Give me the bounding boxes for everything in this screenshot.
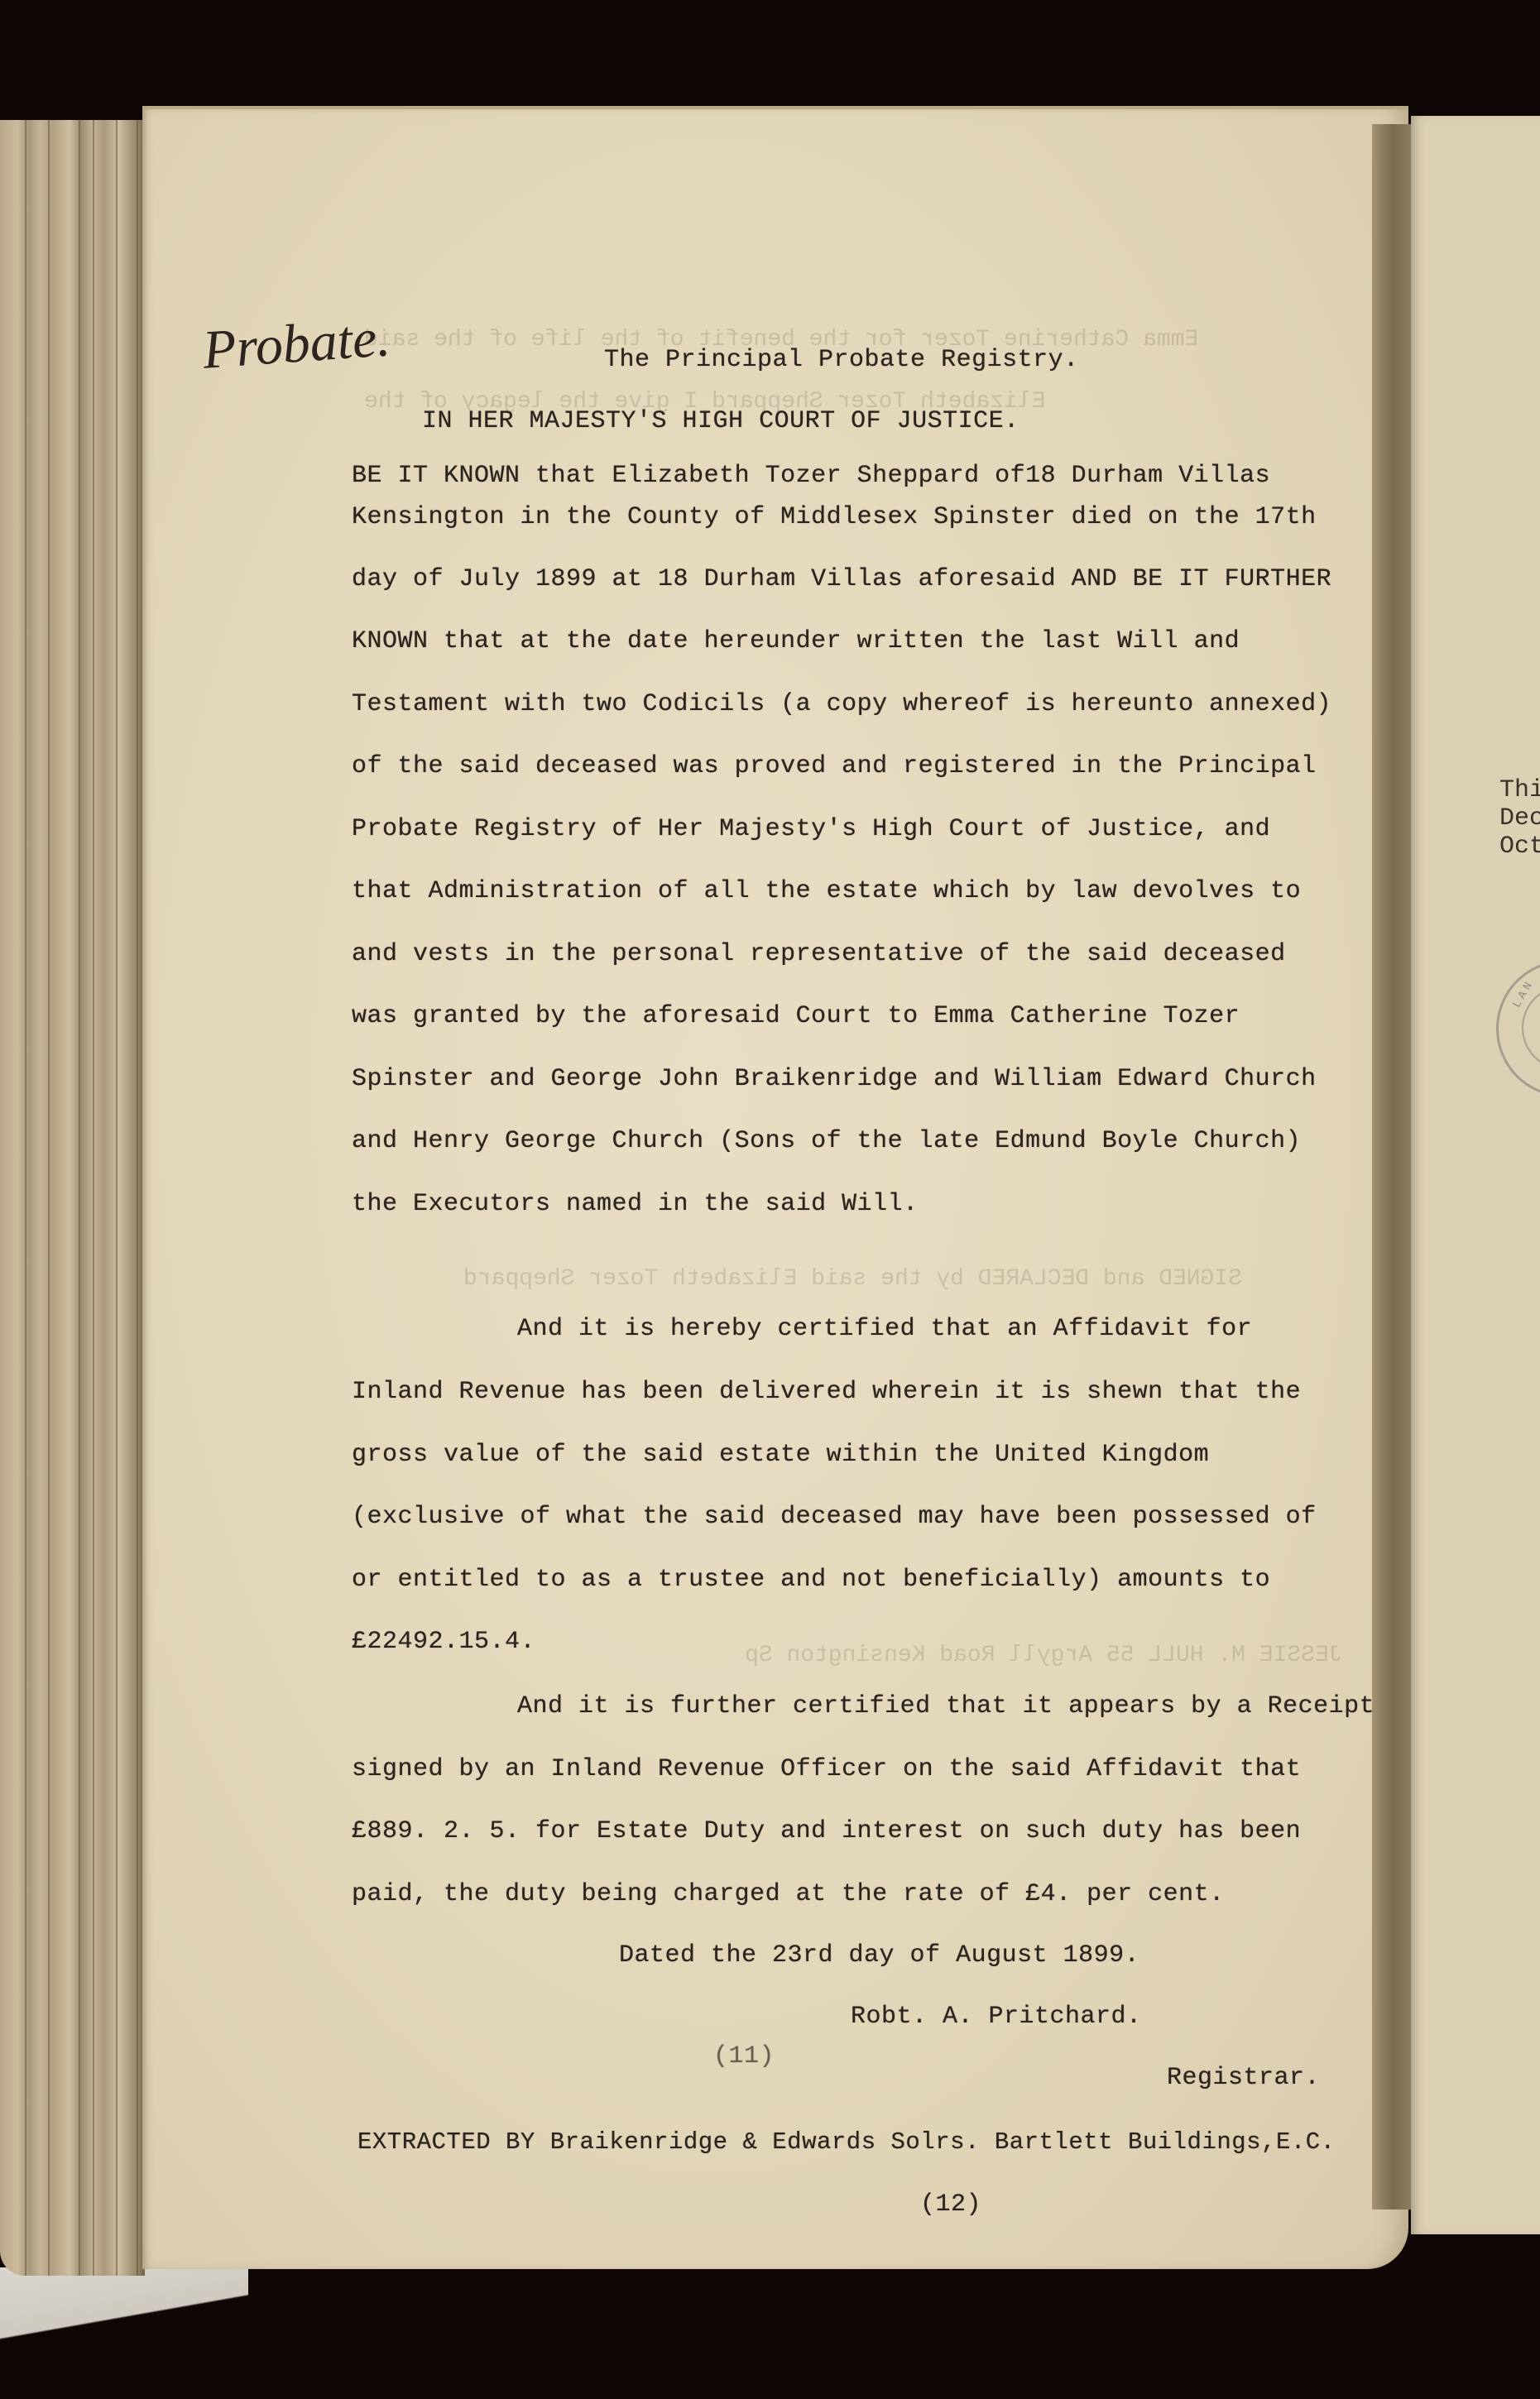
text-line: Testament with two Codicils (a copy wher… xyxy=(352,690,1331,718)
bleed-through-text: SIGNED and DECLARED by the said Elizabet… xyxy=(463,1266,1242,1292)
page-edge xyxy=(25,120,26,2276)
book-gutter xyxy=(1372,124,1413,2209)
dated-line: Dated the 23rd day of August 1899. xyxy=(619,1941,1139,1970)
bleed-through-text: JESSIE M. HULL 55 Argyll Road Kensington… xyxy=(745,1643,1343,1668)
text-line: Inland Revenue has been delivered wherei… xyxy=(352,1378,1301,1406)
faint-page-mark: (11) xyxy=(713,2042,775,2070)
page-edge xyxy=(93,120,94,2276)
background-table-edge xyxy=(0,2267,248,2399)
text-line: the Executors named in the said Will. xyxy=(352,1190,919,1218)
signature-title: Registrar. xyxy=(1167,2064,1320,2092)
text-line: or entitled to as a trustee and not bene… xyxy=(352,1566,1270,1594)
extracted-by-line: EXTRACTED BY Braikenridge & Edwards Solr… xyxy=(357,2128,1336,2156)
facing-line: Oct xyxy=(1499,832,1540,861)
text-line: Kensington in the County of Middlesex Sp… xyxy=(352,503,1317,531)
facing-page-text: ThiDecOct xyxy=(1499,776,1540,861)
page-edge xyxy=(79,120,80,2276)
page-edge xyxy=(48,120,50,2276)
text-line: And it is further certified that it appe… xyxy=(517,1692,1374,1720)
signature-name: Robt. A. Pritchard. xyxy=(851,2003,1142,2031)
facing-line: Thi xyxy=(1499,776,1540,804)
page-stack-edges xyxy=(0,120,145,2276)
text-line: £889. 2. 5. for Estate Duty and interest… xyxy=(352,1817,1301,1845)
text-line: signed by an Inland Revenue Officer on t… xyxy=(352,1755,1301,1783)
text-line: that Administration of all the estate wh… xyxy=(352,877,1301,905)
text-line: BE IT KNOWN that Elizabeth Tozer Sheppar… xyxy=(352,462,1270,490)
text-line: gross value of the said estate within th… xyxy=(352,1441,1209,1469)
text-line: Spinster and George John Braikenridge an… xyxy=(352,1065,1317,1093)
handwritten-margin-note: Probate. xyxy=(201,306,392,382)
text-line: was granted by the aforesaid Court to Em… xyxy=(352,1002,1240,1030)
gross-value-amount: £22492.15.4. xyxy=(352,1628,535,1656)
facing-page xyxy=(1411,116,1540,2234)
text-line: and vests in the personal representative… xyxy=(352,940,1286,968)
court-heading: IN HER MAJESTY'S HIGH COURT OF JUSTICE. xyxy=(422,407,1019,435)
text-line: day of July 1899 at 18 Durham Villas afo… xyxy=(352,565,1331,593)
text-line: (exclusive of what the said deceased may… xyxy=(352,1503,1317,1531)
text-line: And it is hereby certified that an Affid… xyxy=(517,1315,1252,1343)
text-line: Probate Registry of Her Majesty's High C… xyxy=(352,815,1270,843)
registry-heading: The Principal Probate Registry. xyxy=(604,346,1079,374)
facing-line: Dec xyxy=(1499,804,1540,832)
text-line: of the said deceased was proved and regi… xyxy=(352,752,1317,780)
page-edge xyxy=(137,120,138,2276)
text-line: paid, the duty being charged at the rate… xyxy=(352,1880,1225,1908)
text-line: and Henry George Church (Sons of the lat… xyxy=(352,1127,1301,1155)
text-line: KNOWN that at the date hereunder written… xyxy=(352,627,1240,655)
page-edge xyxy=(116,120,118,2276)
page-number: (12) xyxy=(920,2190,981,2219)
